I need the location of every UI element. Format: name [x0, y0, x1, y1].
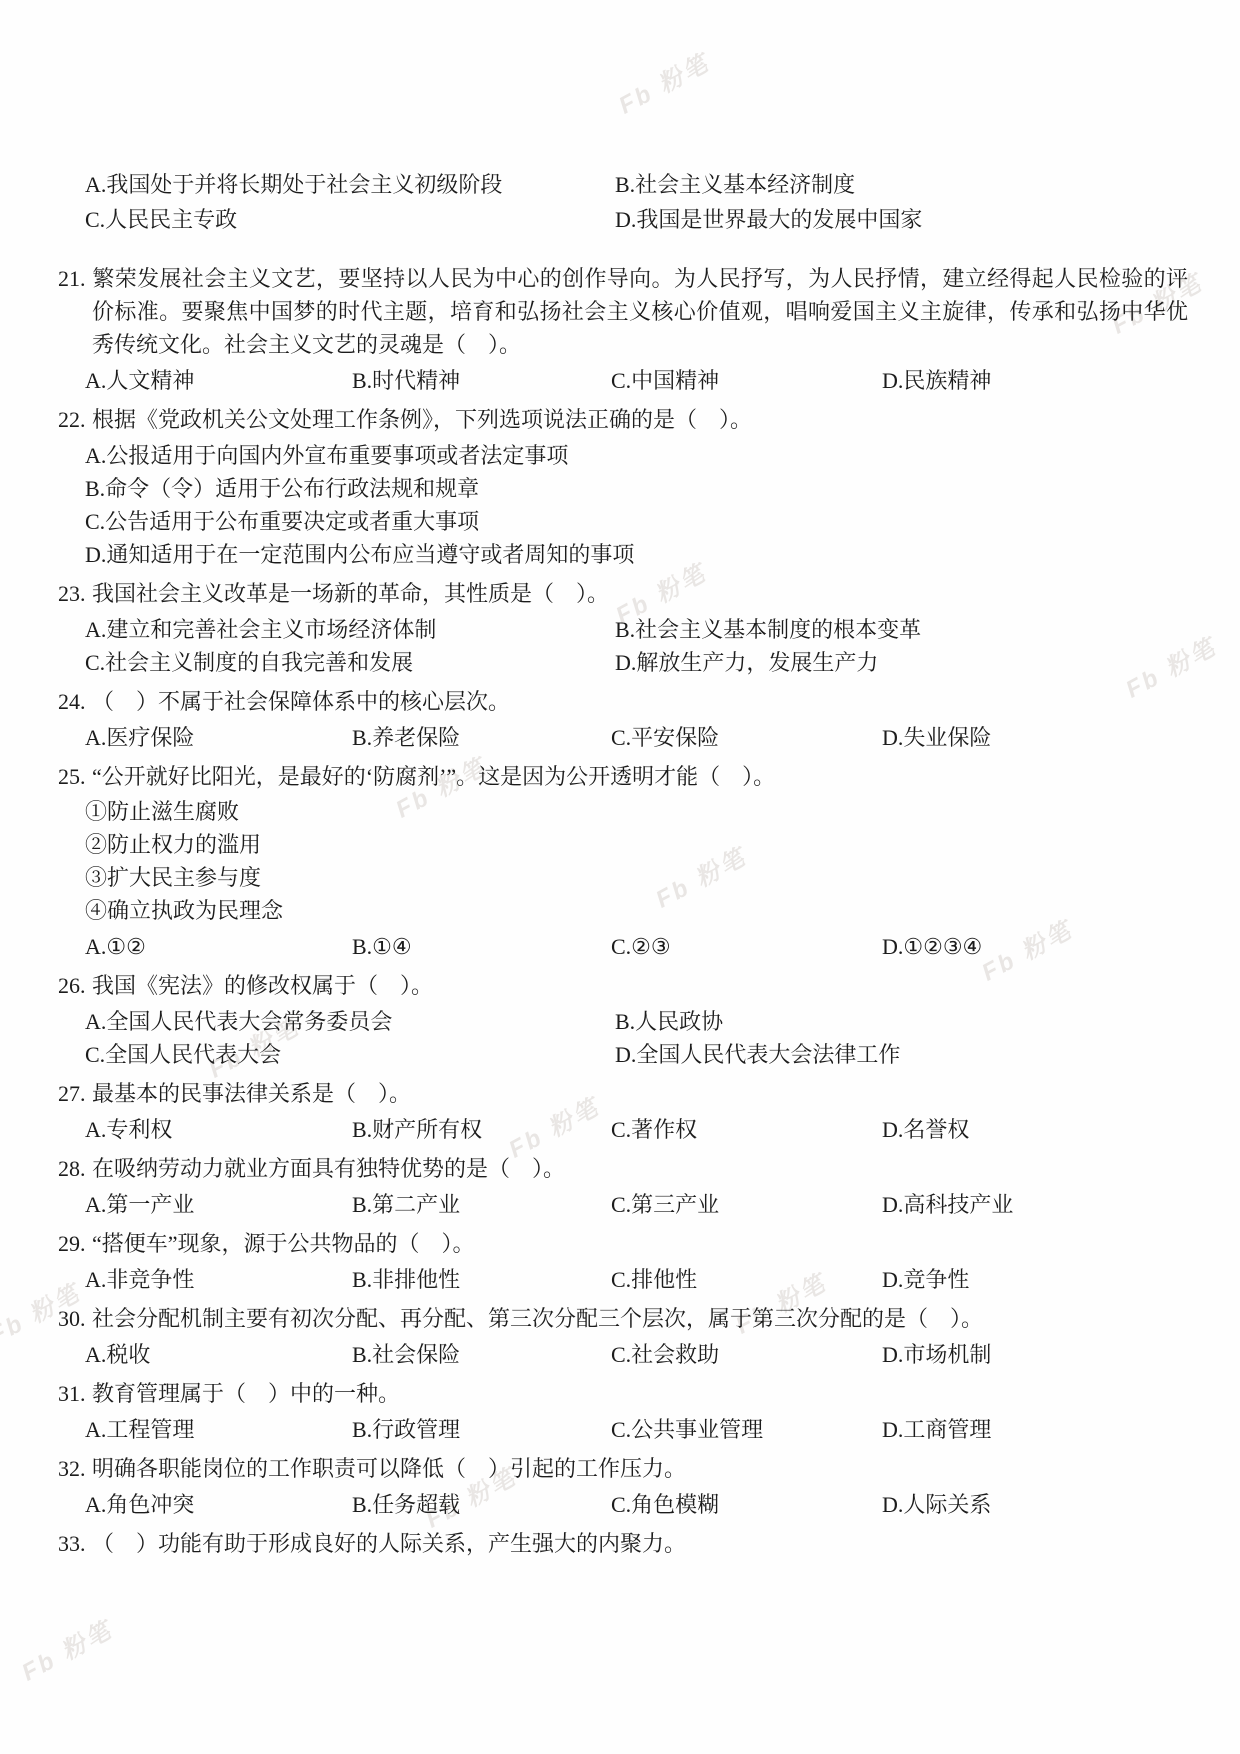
- option-a: A.工程管理: [85, 1413, 352, 1446]
- option-b: B.非排他性: [352, 1263, 611, 1296]
- question-number: 21.: [58, 262, 92, 295]
- options-row: A.工程管理 B.行政管理 C.公共事业管理 D.工商管理: [85, 1413, 1188, 1446]
- option-d: D.解放生产力，发展生产力: [615, 646, 1188, 679]
- option-a: A.人文精神: [85, 364, 352, 397]
- question-23: 23.我国社会主义改革是一场新的革命，其性质是（ ）。 A.建立和完善社会主义市…: [58, 577, 1188, 679]
- options-grid: A.建立和完善社会主义市场经济体制 B.社会主义基本制度的根本变革 C.社会主义…: [85, 613, 1188, 679]
- option-c: C.平安保险: [611, 721, 882, 754]
- question-25: 25.“公开就好比阳光，是最好的‘防腐剂’”。这是因为公开透明才能（ ）。 ①防…: [58, 760, 1188, 963]
- question-31: 31.教育管理属于（ ）中的一种。 A.工程管理 B.行政管理 C.公共事业管理…: [58, 1377, 1188, 1446]
- question-text: 28.在吸纳劳动力就业方面具有独特优势的是（ ）。: [58, 1152, 1188, 1185]
- option-b: B.社会主义基本制度的根本变革: [615, 613, 1188, 646]
- option-a: A.全国人民代表大会常务委员会: [85, 1005, 615, 1038]
- question-body: 明确各职能岗位的工作职责可以降低（ ）引起的工作压力。: [92, 1456, 686, 1481]
- question-body: （ ）不属于社会保障体系中的核心层次。: [92, 689, 510, 714]
- option-a: A.建立和完善社会主义市场经济体制: [85, 613, 615, 646]
- option-c: C.著作权: [611, 1113, 882, 1146]
- statement-2: ②防止权力的滥用: [85, 828, 1188, 861]
- option-c: C.第三产业: [611, 1188, 882, 1221]
- option-a: A.非竞争性: [85, 1263, 352, 1296]
- option-a: A.税收: [85, 1338, 352, 1371]
- question-body: 社会分配机制主要有初次分配、再分配、第三次分配三个层次，属于第三次分配的是（ ）…: [92, 1306, 983, 1331]
- option-c: C.社会救助: [611, 1338, 882, 1371]
- option-b: B.人民政协: [615, 1005, 1188, 1038]
- option-d: D.①②③④: [882, 930, 1188, 963]
- question-body: “搭便车”现象，源于公共物品的（ ）。: [92, 1231, 475, 1256]
- option-d: D.市场机制: [882, 1338, 1188, 1371]
- question-text: 25.“公开就好比阳光，是最好的‘防腐剂’”。这是因为公开透明才能（ ）。: [58, 760, 1188, 793]
- option-a: A.①②: [85, 930, 352, 963]
- option-b: B.任务超载: [352, 1488, 611, 1521]
- question-text: 33.（ ）功能有助于形成良好的人际关系，产生强大的内聚力。: [58, 1527, 1188, 1560]
- question-text: 22.根据《党政机关公文处理工作条例》，下列选项说法正确的是（ ）。: [58, 403, 1188, 436]
- option-d: D.民族精神: [882, 364, 1188, 397]
- option-d: D.通知适用于在一定范围内公布应当遵守或者周知的事项: [85, 538, 1188, 571]
- option-d: D.全国人民代表大会法律工作: [615, 1038, 1188, 1071]
- statement-4: ④确立执政为民理念: [85, 894, 1188, 927]
- option-d: D.名誉权: [882, 1113, 1188, 1146]
- question-body: “公开就好比阳光，是最好的‘防腐剂’”。这是因为公开透明才能（ ）。: [92, 764, 775, 789]
- question-28: 28.在吸纳劳动力就业方面具有独特优势的是（ ）。 A.第一产业 B.第二产业 …: [58, 1152, 1188, 1221]
- options-row: A.医疗保险 B.养老保险 C.平安保险 D.失业保险: [85, 721, 1188, 754]
- option-d: D.失业保险: [882, 721, 1188, 754]
- question-24: 24.（ ）不属于社会保障体系中的核心层次。 A.医疗保险 B.养老保险 C.平…: [58, 685, 1188, 754]
- question-body: （ ）功能有助于形成良好的人际关系，产生强大的内聚力。: [92, 1531, 686, 1556]
- option-c: C.②③: [611, 930, 882, 963]
- question-body: 我国《宪法》的修改权属于（ ）。: [92, 973, 433, 998]
- option-d: D.我国是世界最大的发展中国家: [615, 203, 1188, 236]
- option-a: A.角色冲突: [85, 1488, 352, 1521]
- option-b: B.①④: [352, 930, 611, 963]
- option-a: A.专利权: [85, 1113, 352, 1146]
- question-number: 30.: [58, 1302, 92, 1335]
- question-number: 24.: [58, 685, 92, 718]
- question-text: 29.“搭便车”现象，源于公共物品的（ ）。: [58, 1227, 1188, 1260]
- question-number: 29.: [58, 1227, 92, 1260]
- question-text: 27.最基本的民事法律关系是（ ）。: [58, 1077, 1188, 1110]
- option-d: D.竞争性: [882, 1263, 1188, 1296]
- question-number: 23.: [58, 577, 92, 610]
- question-body: 我国社会主义改革是一场新的革命，其性质是（ ）。: [92, 581, 609, 606]
- option-c: C.人民民主专政: [85, 203, 615, 236]
- question-29: 29.“搭便车”现象，源于公共物品的（ ）。 A.非竞争性 B.非排他性 C.排…: [58, 1227, 1188, 1296]
- options-row: A.专利权 B.财产所有权 C.著作权 D.名誉权: [85, 1113, 1188, 1146]
- options-row: A.人文精神 B.时代精神 C.中国精神 D.民族精神: [85, 364, 1188, 397]
- question-26: 26.我国《宪法》的修改权属于（ ）。 A.全国人民代表大会常务委员会 B.人民…: [58, 969, 1188, 1071]
- option-b: B.时代精神: [352, 364, 611, 397]
- question-27: 27.最基本的民事法律关系是（ ）。 A.专利权 B.财产所有权 C.著作权 D…: [58, 1077, 1188, 1146]
- options-row: A.①② B.①④ C.②③ D.①②③④: [85, 930, 1188, 963]
- question-body: 繁荣发展社会主义文艺，要坚持以人民为中心的创作导向。为人民抒写，为人民抒情，建立…: [92, 266, 1188, 357]
- option-a: A.第一产业: [85, 1188, 352, 1221]
- question-21: 21.繁荣发展社会主义文艺，要坚持以人民为中心的创作导向。为人民抒写，为人民抒情…: [58, 262, 1188, 397]
- question-body: 教育管理属于（ ）中的一种。: [92, 1381, 400, 1406]
- option-a: A.医疗保险: [85, 721, 352, 754]
- question-text: 30.社会分配机制主要有初次分配、再分配、第三次分配三个层次，属于第三次分配的是…: [58, 1302, 1188, 1335]
- option-c: C.社会主义制度的自我完善和发展: [85, 646, 615, 679]
- option-a: A.公报适用于向国内外宣布重要事项或者法定事项: [85, 439, 1188, 472]
- option-b: B.社会保险: [352, 1338, 611, 1371]
- question-body: 在吸纳劳动力就业方面具有独特优势的是（ ）。: [92, 1156, 565, 1181]
- statement-3: ③扩大民主参与度: [85, 861, 1188, 894]
- statement-1: ①防止滋生腐败: [85, 795, 1188, 828]
- question-number: 32.: [58, 1452, 92, 1485]
- question-number: 25.: [58, 760, 92, 793]
- question-32: 32.明确各职能岗位的工作职责可以降低（ ）引起的工作压力。 A.角色冲突 B.…: [58, 1452, 1188, 1521]
- option-a: A.我国处于并将长期处于社会主义初级阶段: [85, 168, 615, 201]
- option-d: D.工商管理: [882, 1413, 1188, 1446]
- option-b: B.财产所有权: [352, 1113, 611, 1146]
- question-22: 22.根据《党政机关公文处理工作条例》，下列选项说法正确的是（ ）。 A.公报适…: [58, 403, 1188, 571]
- question-number: 26.: [58, 969, 92, 1002]
- fenbi-watermark: Fb 粉笔: [16, 1614, 119, 1690]
- options-grid: A.全国人民代表大会常务委员会 B.人民政协 C.全国人民代表大会 D.全国人民…: [85, 1005, 1188, 1071]
- option-c: C.排他性: [611, 1263, 882, 1296]
- question-30: 30.社会分配机制主要有初次分配、再分配、第三次分配三个层次，属于第三次分配的是…: [58, 1302, 1188, 1371]
- question-number: 27.: [58, 1077, 92, 1110]
- option-b: B.行政管理: [352, 1413, 611, 1446]
- options-row: A.税收 B.社会保险 C.社会救助 D.市场机制: [85, 1338, 1188, 1371]
- option-c: C.角色模糊: [611, 1488, 882, 1521]
- question-number: 31.: [58, 1377, 92, 1410]
- option-c: C.公共事业管理: [611, 1413, 882, 1446]
- option-d: D.人际关系: [882, 1488, 1188, 1521]
- question-number: 28.: [58, 1152, 92, 1185]
- option-b: B.社会主义基本经济制度: [615, 168, 1188, 201]
- option-d: D.高科技产业: [882, 1188, 1188, 1221]
- question-text: 21.繁荣发展社会主义文艺，要坚持以人民为中心的创作导向。为人民抒写，为人民抒情…: [58, 262, 1188, 361]
- question-text: 31.教育管理属于（ ）中的一种。: [58, 1377, 1188, 1410]
- question-number: 33.: [58, 1527, 92, 1560]
- question-text: 26.我国《宪法》的修改权属于（ ）。: [58, 969, 1188, 1002]
- option-b: B.养老保险: [352, 721, 611, 754]
- options-row: A.非竞争性 B.非排他性 C.排他性 D.竞争性: [85, 1263, 1188, 1296]
- options-list: A.公报适用于向国内外宣布重要事项或者法定事项 B.命令（令）适用于公布行政法规…: [85, 439, 1188, 571]
- question-number: 22.: [58, 403, 92, 436]
- option-b: B.第二产业: [352, 1188, 611, 1221]
- exam-page: Fb 粉笔 Fb 粉笔 Fb 粉笔 Fb 粉笔 Fb 粉笔 Fb 粉笔 Fb 粉…: [0, 0, 1240, 1754]
- statement-list: ①防止滋生腐败 ②防止权力的滥用 ③扩大民主参与度 ④确立执政为民理念: [85, 795, 1188, 927]
- question-33: 33.（ ）功能有助于形成良好的人际关系，产生强大的内聚力。: [58, 1527, 1188, 1560]
- question-body: 最基本的民事法律关系是（ ）。: [92, 1081, 411, 1106]
- question-text: 24.（ ）不属于社会保障体系中的核心层次。: [58, 685, 1188, 718]
- question-body: 根据《党政机关公文处理工作条例》，下列选项说法正确的是（ ）。: [92, 407, 752, 432]
- option-b: B.命令（令）适用于公布行政法规和规章: [85, 472, 1188, 505]
- option-c: C.全国人民代表大会: [85, 1038, 615, 1071]
- option-c: C.中国精神: [611, 364, 882, 397]
- options-row: A.角色冲突 B.任务超载 C.角色模糊 D.人际关系: [85, 1488, 1188, 1521]
- option-c: C.公告适用于公布重要决定或者重大事项: [85, 505, 1188, 538]
- question-text: 23.我国社会主义改革是一场新的革命，其性质是（ ）。: [58, 577, 1188, 610]
- options-row: A.第一产业 B.第二产业 C.第三产业 D.高科技产业: [85, 1188, 1188, 1221]
- exam-content: A.我国处于并将长期处于社会主义初级阶段 B.社会主义基本经济制度 C.人民民主…: [0, 0, 1240, 1560]
- question-text: 32.明确各职能岗位的工作职责可以降低（ ）引起的工作压力。: [58, 1452, 1188, 1485]
- question-20-options: A.我国处于并将长期处于社会主义初级阶段 B.社会主义基本经济制度 C.人民民主…: [85, 168, 1188, 236]
